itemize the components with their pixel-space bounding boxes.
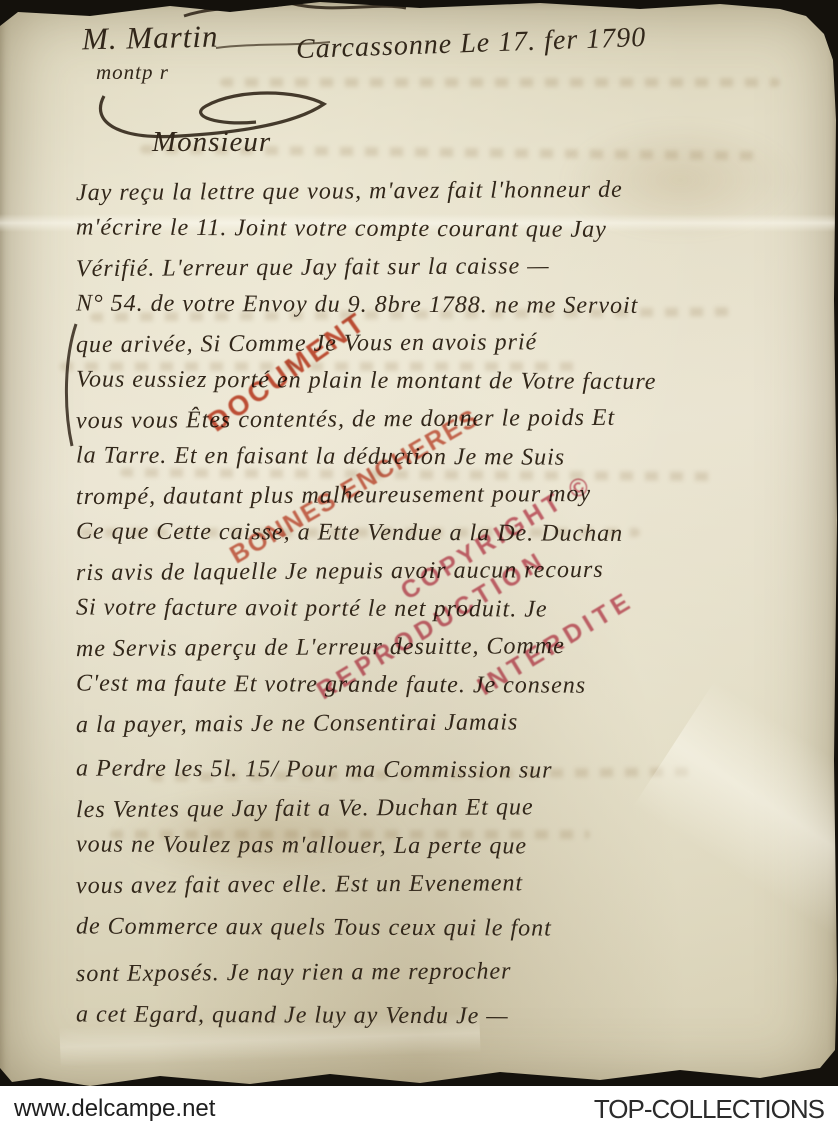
letter-body: Jay reçu la lettre que vous, m'avez fait… — [0, 172, 838, 1035]
salutation: Monsieur — [152, 126, 271, 159]
delcampe-watermark: www.delcampe.net — [14, 1095, 215, 1123]
letter-line: C'est ma faute Et votre grande faute. Je… — [0, 664, 838, 706]
underline-stroke — [214, 40, 334, 52]
letter-line: m'écrire le 11. Joint votre compte coura… — [0, 208, 838, 250]
letter-line: sont Exposés. Je nay rien a me reprocher — [0, 950, 838, 993]
letter-line: Ce que Cette caisse, a Ette Vendue a la … — [0, 512, 838, 554]
watermark-bar: www.delcampe.net TOP-COLLECTIONS — [0, 1086, 838, 1132]
letter-line: a cet Egard, quand Je luy ay Vendu Je — — [0, 995, 838, 1037]
letter-line: de Commerce aux quels Tous ceux qui le f… — [0, 907, 838, 949]
addressee-name: M. Martin — [82, 19, 219, 58]
dateline: Carcassonne Le 17. fer 1790 — [296, 22, 647, 66]
letter-line: Jay reçu la lettre que vous, m'avez fait… — [0, 169, 838, 212]
scanned-letter-photo: M. Martin montp r Carcassonne Le 17. fer… — [0, 0, 838, 1132]
letter-line: a la payer, mais Je ne Consentirai Jamai… — [0, 701, 838, 744]
letter-line: vous ne Voulez pas m'allouer, La perte q… — [0, 825, 838, 867]
letter-line: a Perdre les 5l. 15/ Pour ma Commission … — [0, 749, 838, 791]
letter-line: que arivée, Si Comme Je Vous en avois pr… — [0, 321, 838, 364]
letter-line: trompé, dautant plus malheureusement pou… — [0, 473, 838, 516]
letter-line: Vous eussiez porté en plain le montant d… — [0, 360, 838, 402]
letter-line: les Ventes que Jay fait a Ve. Duchan Et … — [0, 786, 838, 829]
collection-watermark: TOP-COLLECTIONS — [594, 1094, 824, 1125]
letter-paper: M. Martin montp r Carcassonne Le 17. fer… — [0, 0, 838, 1092]
cut-pen-stroke — [180, 0, 410, 22]
letter-line: vous avez fait avec elle. Est un Eveneme… — [0, 862, 838, 905]
letter-line: N° 54. de votre Envoy du 9. 8bre 1788. n… — [0, 284, 838, 326]
letter-line: Vérifié. L'erreur que Jay fait sur la ca… — [0, 245, 838, 288]
